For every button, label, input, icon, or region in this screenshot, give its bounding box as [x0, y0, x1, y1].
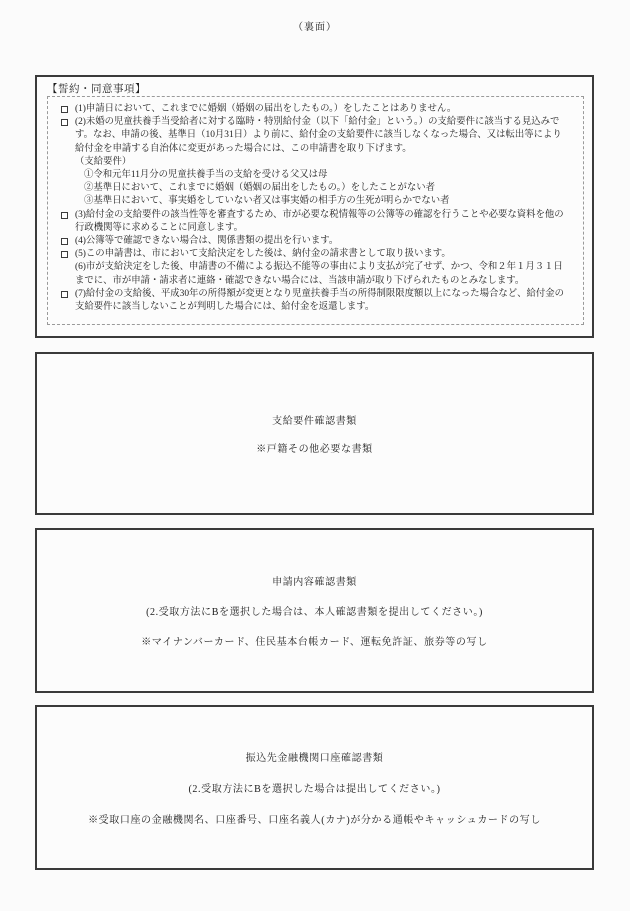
pledge-consent-title: 【誓約・同意事項】: [47, 81, 146, 96]
pledge-line: (5)この申請書は、市において支給決定をした後は、納付金の請求書として取り扱いま…: [61, 248, 577, 261]
pledge-line: （支給要件）: [61, 156, 577, 169]
pledge-line: までに、市が申請・請求者に連絡・確認できない場合には、当該申請が取り下げられたも…: [61, 275, 577, 288]
checkbox-icon: [61, 119, 68, 126]
pledge-line: す。なお、申請の後、基準日（10月31日）より前に、給付金の支給要件に該当しなく…: [61, 129, 577, 142]
pledge-line-text: 行政機関等に求めることに同意します。: [75, 222, 243, 235]
pledge-line-text: ③基準日において、事実婚をしていない者又は事実婚の相手方の生死が明らかでない者: [75, 195, 449, 208]
attachment-note: (2.受取方法にBを選択した場合は、本人確認書類を提出してください。): [146, 603, 483, 618]
pledge-line: ②基準日において、これまでに婚姻（婚姻の届出をしたもの。）をしたことがない者: [61, 182, 577, 195]
attachment-box-title: 振込先金融機関口座確認書類: [246, 749, 384, 764]
pledge-line: (6)市が支給決定をした後、申請書の不備による振込不能等の事由により支払が完了せ…: [61, 261, 577, 274]
checkbox-icon: [61, 212, 68, 219]
pledge-line-text: (3)給付金の支給要件の該当性等を審査するため、市が必要な税情報等の公簿等の確認…: [75, 209, 564, 222]
pledge-line-text: (5)この申請書は、市において支給決定をした後は、納付金の請求書として取り扱いま…: [75, 248, 451, 261]
attachment-note: ※受取口座の金融機関名、口座番号、口座名義人(カナ)が分かる通帳やキャッシュカー…: [88, 811, 541, 826]
pledge-line-text: までに、市が申請・請求者に連絡・確認できない場合には、当該申請が取り下げられたも…: [75, 275, 524, 288]
pledge-line-text: 給付金を申請する自治体に変更があった場合には、この申請書を取り下げます。: [75, 143, 412, 156]
pledge-line-text: (6)市が支給決定をした後、申請書の不備による振込不能等の事由により支払が完了せ…: [75, 261, 563, 274]
attachment-box-title: 支給要件確認書類: [272, 412, 357, 427]
pledge-line: (2)未婚の児童扶養手当受給者に対する臨時・特別給付金（以下「給付金」という。）…: [61, 116, 577, 129]
attachment-note: ※戸籍その他必要な書類: [256, 440, 373, 455]
pledge-line-text: 支給要件に該当しないことが判明した場合には、給付金を返還します。: [75, 301, 374, 314]
checkbox-icon: [61, 238, 68, 245]
attachment-box-identity-documents: 申請内容確認書類 (2.受取方法にBを選択した場合は、本人確認書類を提出してくだ…: [35, 528, 594, 693]
attachment-box-eligibility-documents: 支給要件確認書類 ※戸籍その他必要な書類: [35, 352, 594, 515]
page-side-label: （裏面）: [0, 18, 630, 33]
attachment-note: ※マイナンバーカード、住民基本台帳カード、運転免許証、旅券等の写し: [141, 633, 487, 648]
checkbox-icon: [61, 291, 68, 298]
attachment-box-bank-account-documents: 振込先金融機関口座確認書類 (2.受取方法にBを選択した場合は提出してください。…: [35, 705, 594, 870]
pledge-line: (1)申請日において、これまでに婚姻（婚姻の届出をしたもの。）をしたことはありま…: [61, 103, 577, 116]
pledge-line: 行政機関等に求めることに同意します。: [61, 222, 577, 235]
pledge-line: 給付金を申請する自治体に変更があった場合には、この申請書を取り下げます。: [61, 143, 577, 156]
pledge-line-text: す。なお、申請の後、基準日（10月31日）より前に、給付金の支給要件に該当しなく…: [75, 129, 562, 142]
pledge-line-text: (2)未婚の児童扶養手当受給者に対する臨時・特別給付金（以下「給付金」という。）…: [75, 116, 559, 129]
pledge-line-text: ①令和元年11月分の児童扶養手当の支給を受ける父又は母: [75, 169, 327, 182]
pledge-line-text: (1)申請日において、これまでに婚姻（婚姻の届出をしたもの。）をしたことはありま…: [75, 103, 456, 116]
pledge-line: ①令和元年11月分の児童扶養手当の支給を受ける父又は母: [61, 169, 577, 182]
pledge-line: (3)給付金の支給要件の該当性等を審査するため、市が必要な税情報等の公簿等の確認…: [61, 209, 577, 222]
pledge-terms-area: (1)申請日において、これまでに婚姻（婚姻の届出をしたもの。）をしたことはありま…: [47, 96, 584, 325]
pledge-line-text: （支給要件）: [75, 156, 131, 169]
pledge-line-text: (7)給付金の支給後、平成30年の所得額が変更となり児童扶養手当の所得制限限度額…: [75, 288, 564, 301]
pledge-line-text: (4)公簿等で確認できない場合は、関係書類の提出を行います。: [75, 235, 338, 248]
pledge-line: (7)給付金の支給後、平成30年の所得額が変更となり児童扶養手当の所得制限限度額…: [61, 288, 577, 301]
checkbox-icon: [61, 106, 68, 113]
pledge-line: (4)公簿等で確認できない場合は、関係書類の提出を行います。: [61, 235, 577, 248]
pledge-line: 支給要件に該当しないことが判明した場合には、給付金を返還します。: [61, 301, 577, 314]
pledge-line: ③基準日において、事実婚をしていない者又は事実婚の相手方の生死が明らかでない者: [61, 195, 577, 208]
attachment-note: (2.受取方法にBを選択した場合は提出してください。): [188, 780, 440, 795]
pledge-consent-box: 【誓約・同意事項】 (1)申請日において、これまでに婚姻（婚姻の届出をしたもの。…: [35, 75, 594, 338]
checkbox-icon: [61, 251, 68, 258]
pledge-line-text: ②基準日において、これまでに婚姻（婚姻の届出をしたもの。）をしたことがない者: [75, 182, 435, 195]
attachment-box-title: 申請内容確認書類: [272, 573, 357, 588]
